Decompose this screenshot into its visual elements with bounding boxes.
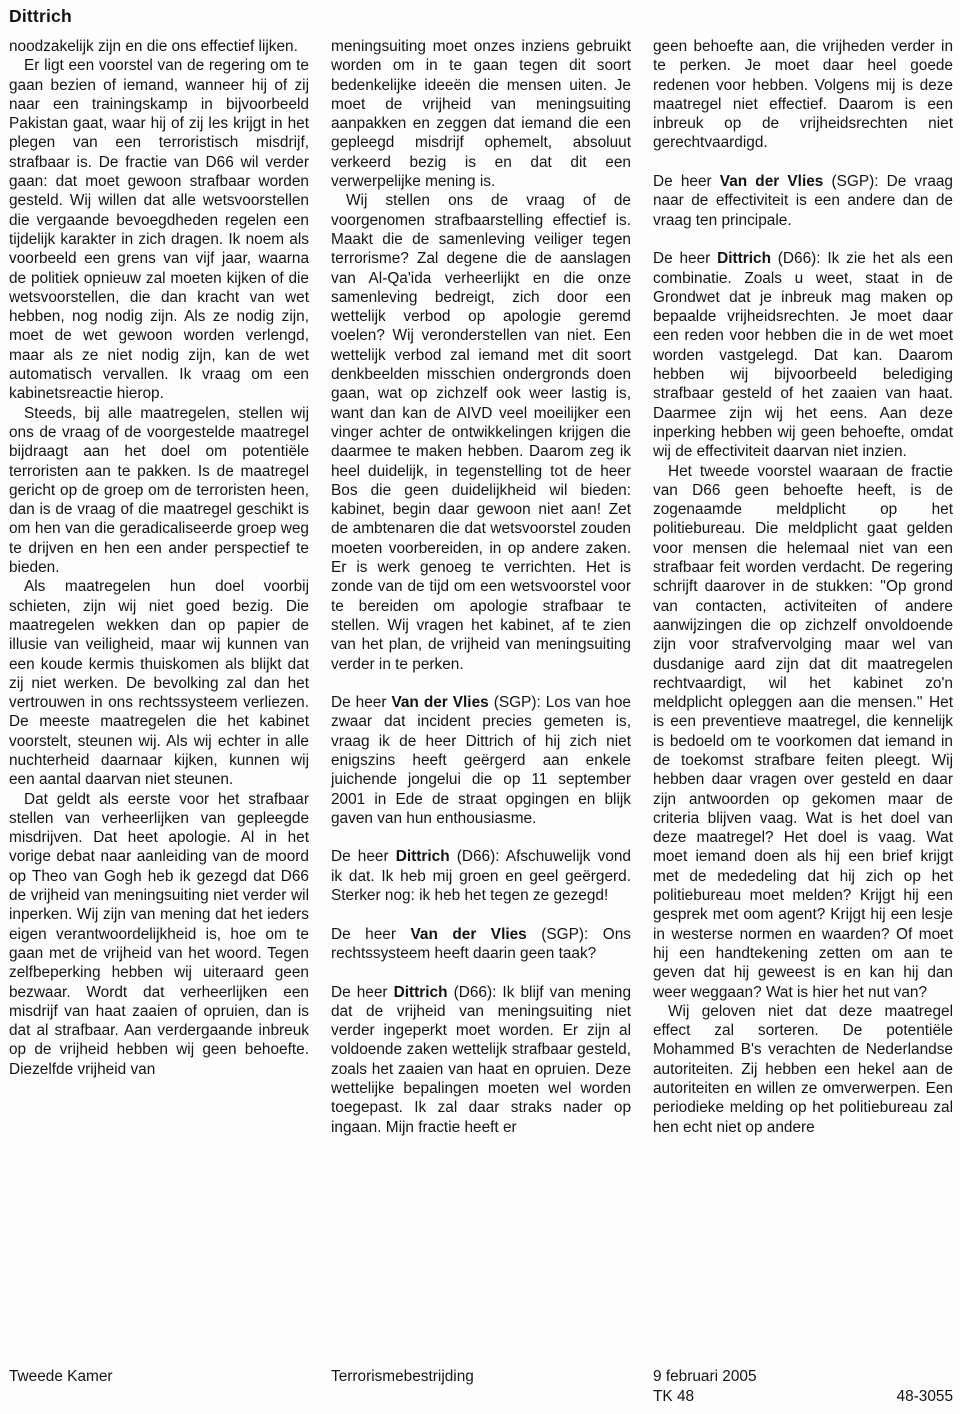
speaker-paragraph: De heer Van der Vlies (SGP): Ons rechtss… (331, 925, 631, 964)
text-segment: Er ligt een voorstel van de regering om … (9, 57, 309, 402)
text-segment: (D66): Ik blijf van mening dat de vrijhe… (331, 984, 631, 1136)
speaker-name: Dittrich (394, 984, 448, 1001)
text-segment: De heer (653, 173, 720, 190)
speaker-paragraph: De heer Van der Vlies (SGP): Los van hoe… (331, 693, 631, 828)
speaker-name: Van der Vlies (720, 173, 824, 190)
paragraph: geen behoefte aan, die vrijheden verder … (653, 37, 953, 153)
text-segment: De heer (331, 694, 391, 711)
column-left: noodzakelijk zijn en die ons effectief l… (9, 37, 309, 1305)
text-segment: De heer (653, 250, 717, 267)
text-segment: geen behoefte aan, die vrijheden verder … (653, 38, 953, 151)
text-segment: De heer (331, 984, 394, 1001)
text-segment: Dat geldt als eerste voor het strafbaar … (9, 791, 309, 1078)
paragraph: Het tweede voorstel waaraan de fractie v… (653, 462, 953, 1002)
paragraph: Dat geldt als eerste voor het strafbaar … (9, 790, 309, 1079)
text-segment: Als maatregelen hun doel voorbij schiete… (9, 578, 309, 788)
speaker-paragraph: De heer Dittrich (D66): Ik zie het als e… (653, 249, 953, 461)
column-middle: meningsuiting moet onzes inziens gebruik… (331, 37, 631, 1305)
speaker-name: Dittrich (717, 250, 771, 267)
speaker-name: Van der Vlies (410, 926, 526, 943)
footer-page-number: 48-3055 (897, 1387, 953, 1406)
text-segment: noodzakelijk zijn en die ons effectief l… (9, 38, 298, 55)
footer-right: 9 februari 2005 TK 48 48-3055 (653, 1367, 953, 1406)
paragraph: meningsuiting moet onzes inziens gebruik… (331, 37, 631, 191)
paragraph: Wij geloven niet dat deze maatregel effe… (653, 1002, 953, 1137)
text-segment: De heer (331, 926, 410, 943)
speaker-paragraph: De heer Van der Vlies (SGP): De vraag na… (653, 172, 953, 230)
text-segment: meningsuiting moet onzes inziens gebruik… (331, 38, 631, 190)
paragraph: noodzakelijk zijn en die ons effectief l… (9, 37, 309, 56)
footer-date: 9 februari 2005 (653, 1367, 757, 1386)
paragraph: Steeds, bij alle maatregelen, stellen wi… (9, 404, 309, 578)
speaker-name: Van der Vlies (391, 694, 488, 711)
speaker-paragraph: De heer Dittrich (D66): Afschuwelijk von… (331, 847, 631, 905)
footer-chamber: Tweede Kamer (9, 1367, 309, 1406)
text-segment: Wij geloven niet dat deze maatregel effe… (653, 1003, 953, 1136)
document-page: Dittrich noodzakelijk zijn en die ons ef… (0, 0, 960, 1414)
text-segment: Steeds, bij alle maatregelen, stellen wi… (9, 405, 309, 576)
text-segment: Het tweede voorstel waaraan de fractie v… (653, 463, 953, 1001)
page-header-speaker: Dittrich (9, 6, 72, 27)
footer-date-block: 9 februari 2005 TK 48 (653, 1367, 757, 1406)
text-columns: noodzakelijk zijn en die ons effectief l… (9, 37, 953, 1305)
paragraph: Wij stellen ons de vraag of de voorgenom… (331, 191, 631, 673)
speaker-paragraph: De heer Dittrich (D66): Ik blijf van men… (331, 983, 631, 1137)
text-segment: De heer (331, 848, 396, 865)
text-segment: (SGP): Los van hoe zwaar dat incident pr… (331, 694, 631, 827)
text-segment: Wij stellen ons de vraag of de voorgenom… (331, 192, 631, 672)
paragraph: Er ligt een voorstel van de regering om … (9, 56, 309, 403)
speaker-name: Dittrich (396, 848, 450, 865)
footer-session: TK 48 (653, 1387, 757, 1406)
page-footer: Tweede Kamer Terrorismebestrijding 9 feb… (9, 1367, 953, 1406)
paragraph: Als maatregelen hun doel voorbij schiete… (9, 577, 309, 789)
text-segment: (D66): Ik zie het als een combinatie. Zo… (653, 250, 953, 460)
column-right: geen behoefte aan, die vrijheden verder … (653, 37, 953, 1305)
footer-topic: Terrorismebestrijding (331, 1367, 631, 1406)
